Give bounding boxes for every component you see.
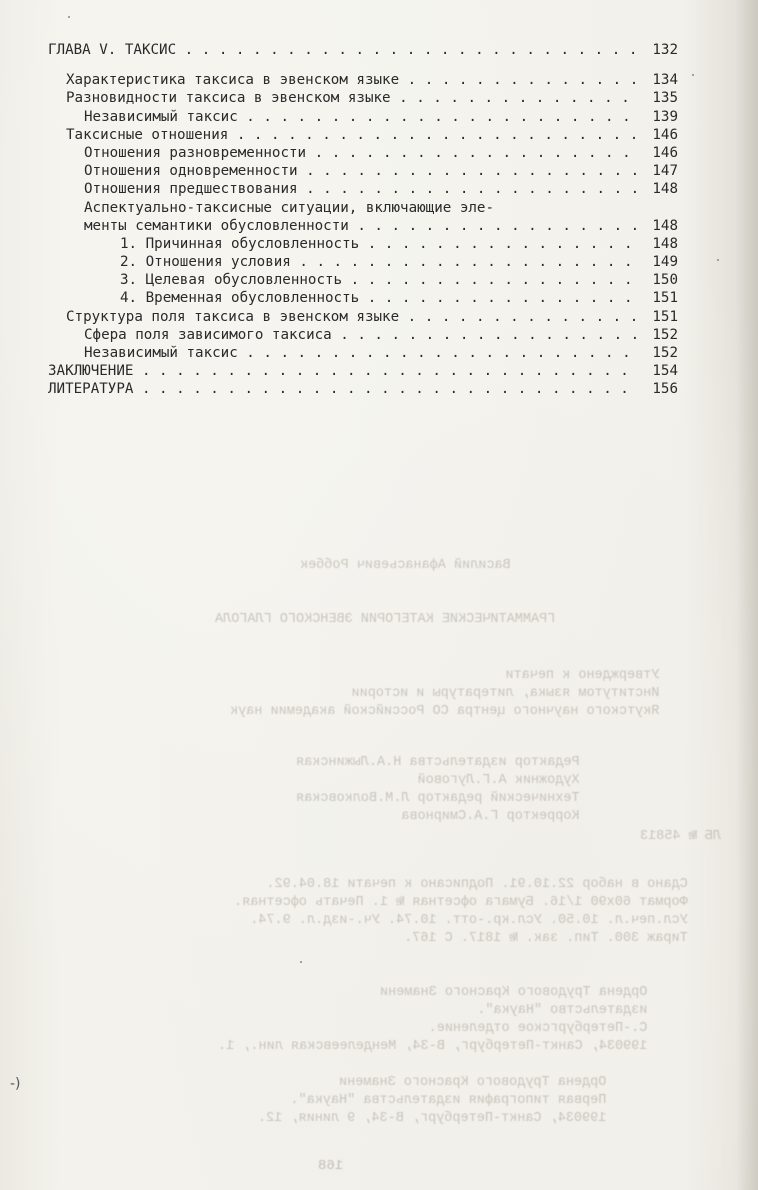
dot-leader: . . . . . . . . . . . . . . . . . . . . … [408, 71, 640, 89]
toc-entry-page: 147 [640, 162, 678, 180]
dot-leader: . . . . . . . . . . . . . . . . . . . . … [237, 126, 640, 144]
toc-entry: ЗАКЛЮЧЕНИЕ . . . . . . . . . . . . . . .… [48, 362, 678, 380]
toc-entry: 4. Временная обусловленность . . . . . .… [48, 289, 678, 307]
toc-entry-title: ЛИТЕРАТУРА [48, 380, 142, 398]
toc-entry: ЛИТЕРАТУРА . . . . . . . . . . . . . . .… [48, 380, 678, 398]
toc-entry: Разновидности таксиса в эвенском языке .… [48, 89, 678, 107]
toc-entry-title: менты семантики обусловленности [84, 217, 357, 235]
toc-entry: 3. Целевая обусловленность . . . . . . .… [48, 271, 678, 289]
toc-entry: Таксисные отношения . . . . . . . . . . … [48, 126, 678, 144]
toc-entry: ГЛАВА V. ТАКСИС . . . . . . . . . . . . … [48, 41, 678, 59]
toc-entry-title: Отношения предшествования [84, 180, 306, 198]
bleed-page-number: 168 [318, 1158, 343, 1174]
dot-leader: . . . . . . . . . . . . . . . . . . . . … [246, 108, 640, 126]
toc-entry-title: Структура поля таксиса в эвенском языке [66, 308, 408, 326]
toc-entry: Структура поля таксиса в эвенском языке … [48, 308, 678, 326]
bleed-credits: Редактор издательства Н.А.Лыжинская Худо… [296, 754, 580, 826]
toc-entry-title: ГЛАВА V. ТАКСИС [48, 41, 185, 59]
toc-entry-page: 151 [640, 289, 678, 307]
toc-entry-page: 148 [640, 180, 678, 198]
toc-entry-title: 4. Временная обусловленность [120, 289, 368, 307]
toc-entry-page: 146 [640, 144, 678, 162]
toc-entry-page: 152 [640, 344, 678, 362]
dot-leader: . . . . . . . . . . . . . . . . . . . . … [185, 41, 640, 59]
dot-leader: . . . . . . . . . . . . . . . . . . . . … [299, 253, 640, 271]
dot-leader: . . . . . . . . . . . . . . . . . . . . … [351, 271, 640, 289]
toc-entry-title: Аспектуально-таксисные ситуации, включаю… [84, 199, 503, 217]
toc-entry: Отношения разновременности . . . . . . .… [48, 144, 678, 162]
bleed-publisher: Ордена Трудового Красного Знамени издате… [218, 984, 647, 1056]
toc-entry: Сфера поля зависимого таксиса . . . . . … [48, 326, 678, 344]
toc-entry-title: Характеристика таксиса в эвенском языке [66, 71, 408, 89]
toc-entry-page: 135 [640, 89, 678, 107]
toc-entry-page: 132 [640, 41, 678, 59]
table-of-contents: ГЛАВА V. ТАКСИС . . . . . . . . . . . . … [48, 41, 678, 399]
dot-leader: . . . . . . . . . . . . . . . . . . . . … [306, 162, 640, 180]
dot-leader: . . . . . . . . . . . . . . . . . . . . … [368, 235, 640, 253]
toc-entry-page: 152 [640, 326, 678, 344]
toc-entry-title: Таксисные отношения [66, 126, 237, 144]
margin-mark: -) [10, 1076, 21, 1092]
bleed-approval: Утверждено к печати Институтом языка, ли… [230, 667, 659, 721]
toc-entry: 2. Отношения условия . . . . . . . . . .… [48, 253, 678, 271]
toc-entry-title: 2. Отношения условия [120, 253, 299, 271]
bleed-author: Василий Афанасьевич Роббек [300, 557, 511, 575]
toc-entry-page: 148 [640, 217, 678, 235]
toc-entry: Характеристика таксиса в эвенском языке … [48, 71, 678, 89]
toc-entry: Аспектуально-таксисные ситуации, включаю… [48, 199, 678, 217]
toc-entry-page: 151 [640, 308, 678, 326]
toc-entry-title: 1. Причинная обусловленность [120, 235, 368, 253]
dot-leader: . . . . . . . . . . . . . . . . . . . . … [142, 380, 640, 398]
toc-entry: Отношения одновременности . . . . . . . … [48, 162, 678, 180]
toc-entry: Отношения предшествования . . . . . . . … [48, 180, 678, 198]
page-edge-shadow [736, 0, 758, 1190]
dot-leader: . . . . . . . . . . . . . . . . . . . . … [399, 89, 640, 107]
toc-entry-title: Независимый таксис [84, 344, 246, 362]
toc-entry-title: Разновидности таксиса в эвенском языке [66, 89, 399, 107]
toc-entry-page: 139 [640, 108, 678, 126]
toc-entry: Независимый таксис . . . . . . . . . . .… [48, 108, 678, 126]
speck [68, 16, 70, 18]
toc-entry-title: Отношения одновременности [84, 162, 306, 180]
bleed-printer: Ордена Трудового Красного Знамени Первая… [258, 1074, 606, 1128]
toc-entry-page: 134 [640, 71, 678, 89]
toc-entry-title: ЗАКЛЮЧЕНИЕ [48, 362, 142, 380]
speck [300, 961, 302, 963]
dot-leader: . . . . . . . . . . . . . . . . . . . . … [315, 144, 640, 162]
toc-entry-page: 149 [640, 253, 678, 271]
toc-entry-title: 3. Целевая обусловленность [120, 271, 351, 289]
toc-entry-page: 150 [640, 271, 678, 289]
toc-entry: Независимый таксис . . . . . . . . . . .… [48, 344, 678, 362]
toc-entry-title: Отношения разновременности [84, 144, 315, 162]
dot-leader: . . . . . . . . . . . . . . . . . . . . … [408, 308, 640, 326]
bleed-title: ГРАММАТИЧЕСКИЕ КАТЕГОРИИ ЭВЕНСКОГО ГЛАГО… [215, 611, 555, 629]
toc-entry-page: 148 [640, 235, 678, 253]
dot-leader: . . . . . . . . . . . . . . . . . . . . … [142, 362, 640, 380]
toc-entry-page: 146 [640, 126, 678, 144]
speck [692, 74, 694, 76]
toc-entry-title: Сфера поля зависимого таксиса [84, 326, 340, 344]
dot-leader: . . . . . . . . . . . . . . . . . . . . … [246, 344, 640, 362]
toc-entry-page: 154 [640, 362, 678, 380]
bleed-code: ЛБ № 45813 [640, 828, 721, 846]
toc-entry-page: 156 [640, 380, 678, 398]
dot-leader: . . . . . . . . . . . . . . . . . . . . … [306, 180, 640, 198]
toc-entry-title: Независимый таксис [84, 108, 246, 126]
dot-leader: . . . . . . . . . . . . . . . . . . . . … [340, 326, 640, 344]
toc-entry: 1. Причинная обусловленность . . . . . .… [48, 235, 678, 253]
bleed-print-info: Сдано в набор 22.10.91. Подписано к печа… [234, 876, 688, 948]
speck [717, 259, 719, 261]
dot-leader: . . . . . . . . . . . . . . . . . . . . … [357, 217, 640, 235]
dot-leader: . . . . . . . . . . . . . . . . . . . . … [368, 289, 640, 307]
toc-entry: менты семантики обусловленности . . . . … [48, 217, 678, 235]
